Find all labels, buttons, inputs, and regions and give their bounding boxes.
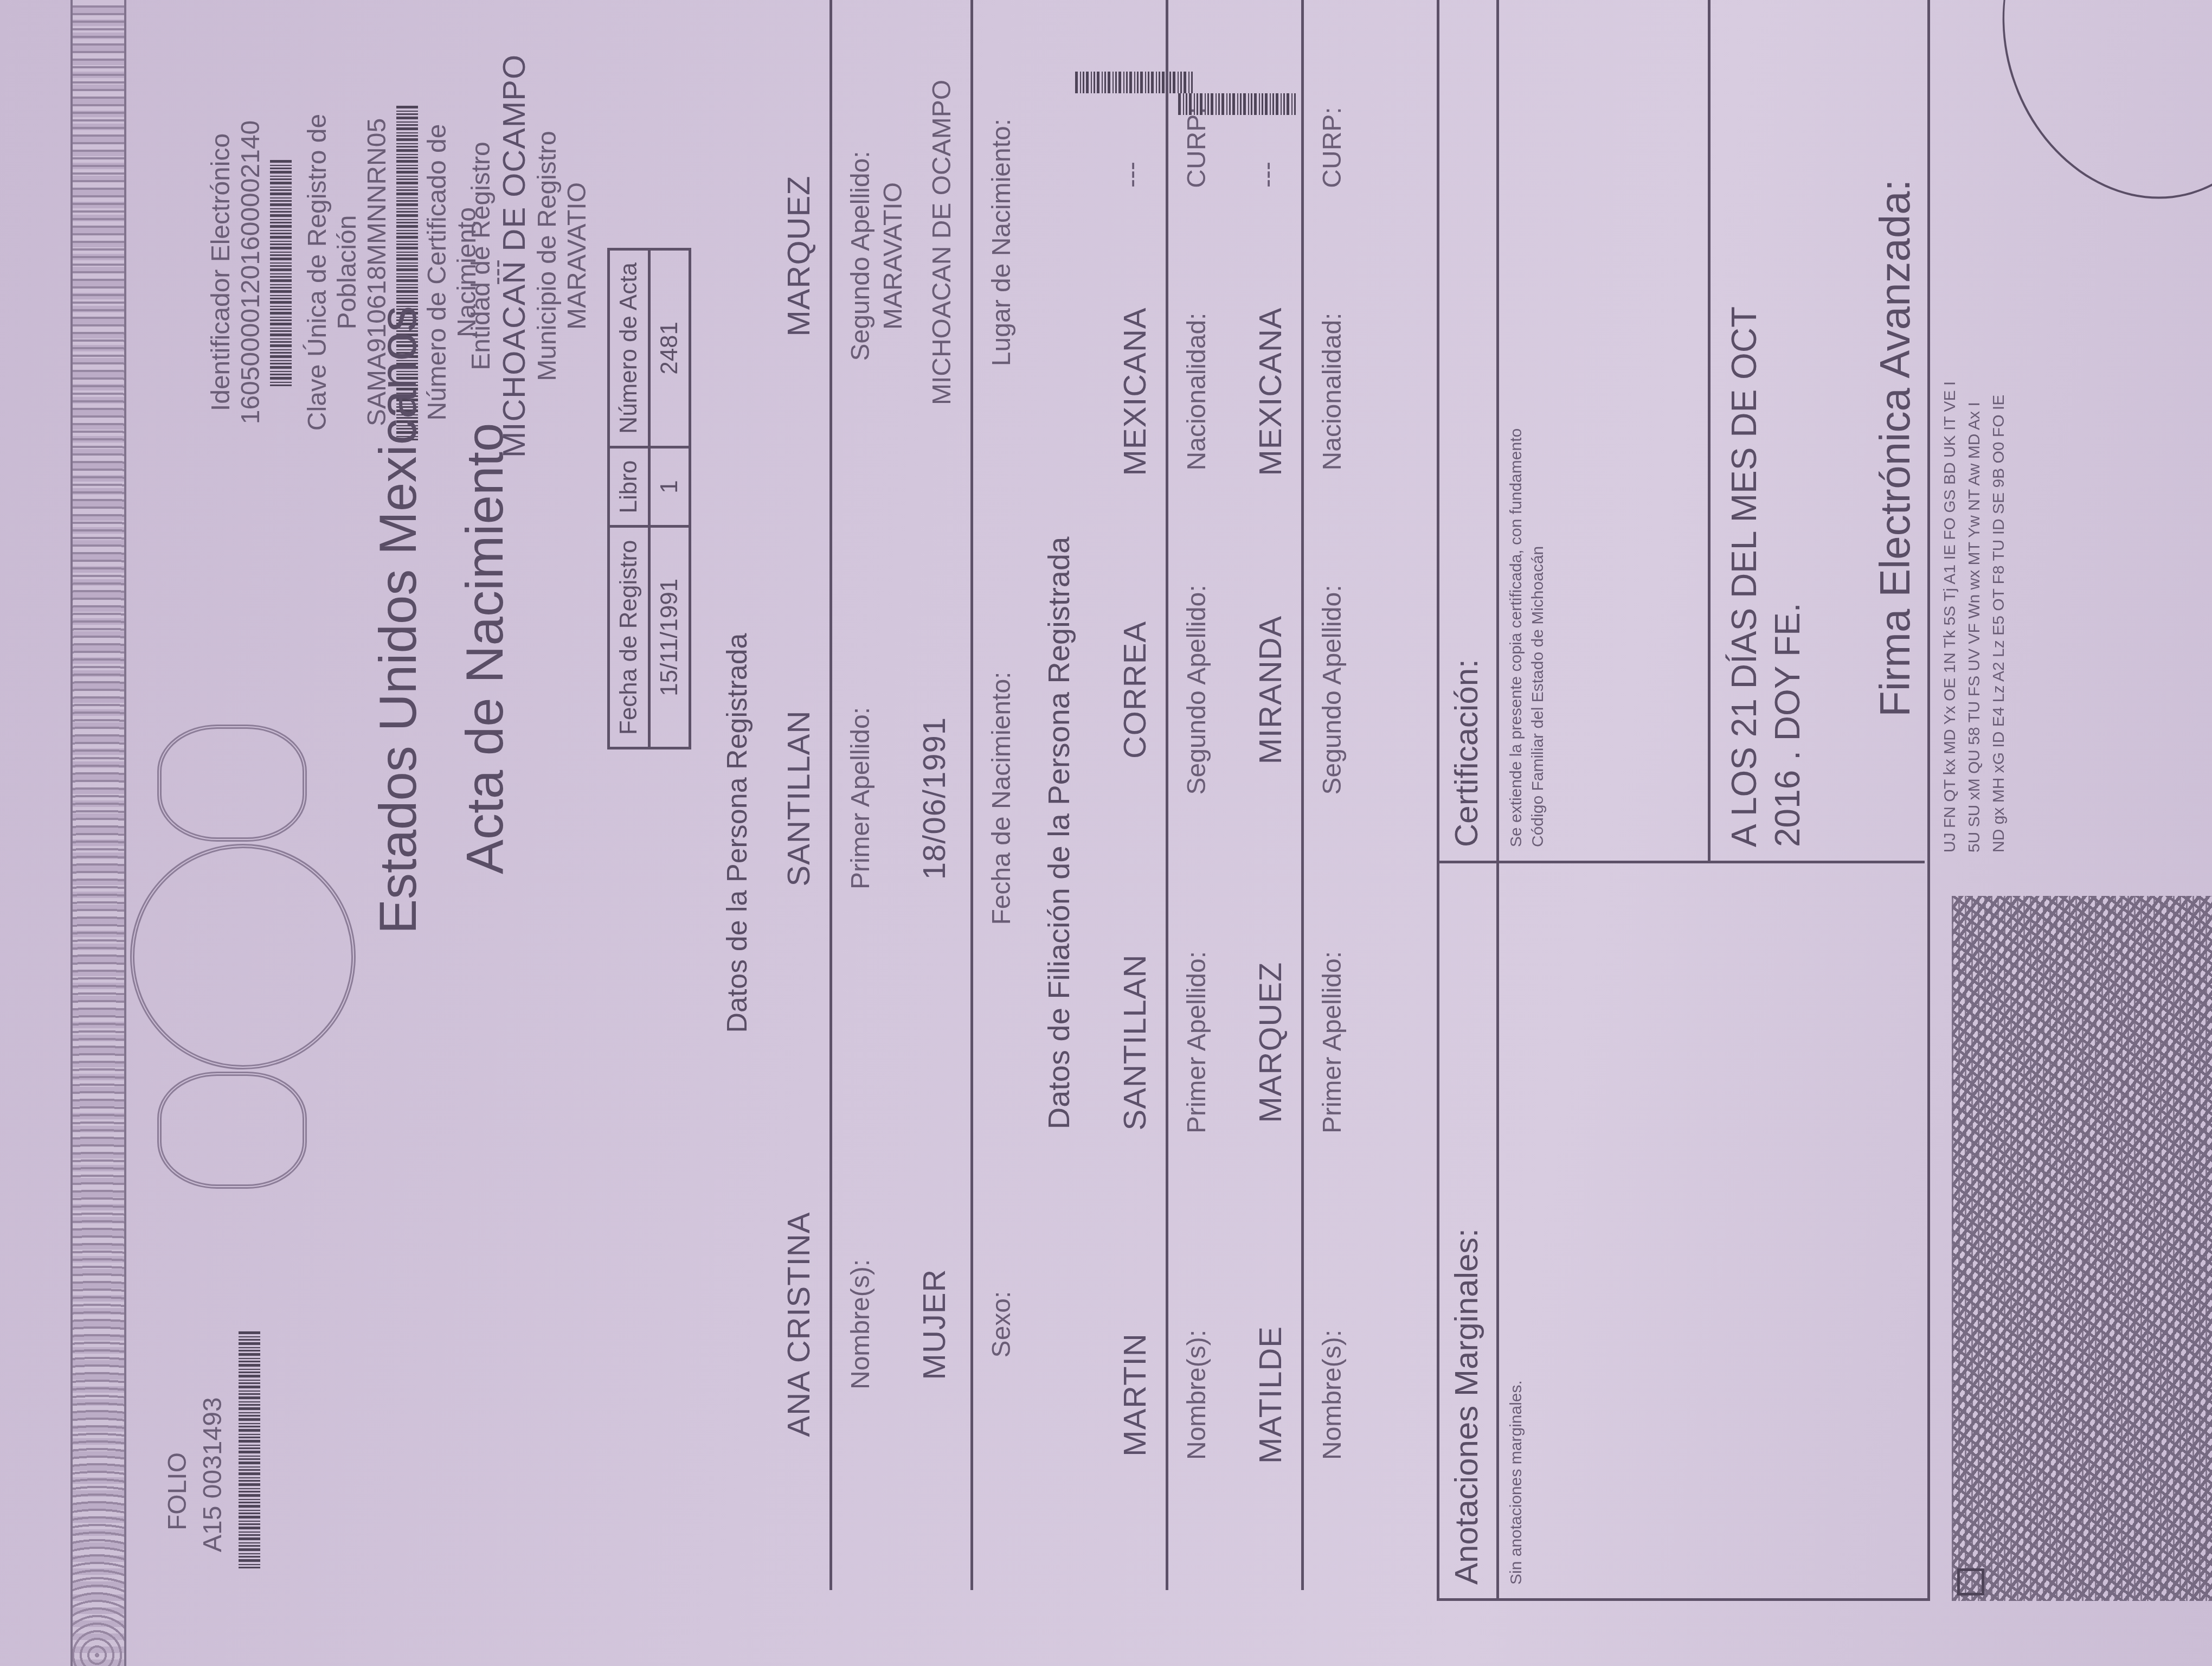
padre2-barcode xyxy=(1176,93,1296,115)
padre1-nombre-label: Nombre(s): xyxy=(1182,1205,1212,1585)
persona-sexo-label: Sexo: xyxy=(987,1080,1017,1568)
padre1-nombre-value: MARTIN xyxy=(1117,1205,1153,1585)
folio-barcode xyxy=(239,1330,260,1568)
divider xyxy=(829,0,832,1590)
table-header-numero: Número de Acta xyxy=(609,249,650,447)
curp-label: Clave Única de Registro de Población xyxy=(303,55,362,489)
padre2-primer-apellido-value: MARQUEZ xyxy=(1252,853,1289,1232)
country-title: Estados Unidos Mexicanos xyxy=(369,306,428,934)
certificacion-date-2: 2016 . DOY FE. xyxy=(1767,603,1808,847)
persona-nombre-value: ANA CRISTINA xyxy=(781,1080,817,1568)
padre2-nombre-value: MATILDE xyxy=(1252,1205,1289,1585)
padre1-segundo-apellido-label: Segundo Apellido: xyxy=(1182,500,1212,880)
padre1-curp-label: CURP: xyxy=(1182,66,1212,229)
municipio-value: MARAVATIO xyxy=(562,39,592,473)
persona-segundo-apellido-value: MARQUEZ xyxy=(781,12,817,500)
padre2-primer-apellido-label: Primer Apellido: xyxy=(1317,853,1347,1232)
registro-table: Fecha de Registro Libro Número de Acta 1… xyxy=(607,248,691,749)
table-header-libro: Libro xyxy=(609,447,650,527)
persona-section-title: Datos de la Persona Registrada xyxy=(721,0,754,1666)
persona-fecha-nac-label: Fecha de Nacimiento: xyxy=(987,554,1017,1042)
persona-sexo-value: MUJER xyxy=(916,1080,953,1568)
photo-background: FOLIO A15 0031493 Identificador Electrón… xyxy=(0,0,2212,1666)
padre1-nacionalidad-value: MEXICANA xyxy=(1117,229,1153,554)
divider xyxy=(1166,0,1168,1590)
entidad-label: Entidad de Registro xyxy=(466,39,496,473)
persona-lugar-nac-state: MICHOACAN DE OCAMPO xyxy=(927,0,957,500)
padre1-curp-value: --- xyxy=(1117,120,1147,229)
persona-primer-apellido-value: SANTILLAN xyxy=(781,554,817,1042)
persona-primer-apellido-label: Primer Apellido: xyxy=(846,554,876,1042)
certificacion-text-2: Código Familiar del Estado de Michoacán xyxy=(1529,546,1547,847)
persona-lugar-nac-value: MARAVATIO xyxy=(878,12,908,500)
table-cell-numero: 2481 xyxy=(650,249,690,447)
padre2-segundo-apellido-label: Segundo Apellido: xyxy=(1317,500,1347,880)
filiacion-section-title: Datos de Filiación de la Persona Registr… xyxy=(1041,0,1076,1666)
column-divider xyxy=(1437,861,1925,863)
persona-segundo-apellido-label: Segundo Apellido: xyxy=(846,12,876,500)
qr-corner-marker xyxy=(1957,1568,1984,1595)
firma-line-3: ND gx MH xG ID E4 Lz A2 Lz E5 OT F8 TU I… xyxy=(1990,395,2008,853)
folio-label: FOLIO xyxy=(163,1452,192,1530)
municipio-label: Municipio de Registro xyxy=(532,39,562,473)
divider xyxy=(970,0,973,1590)
qr-code xyxy=(1952,896,2212,1601)
birth-certificate-document: FOLIO A15 0031493 Identificador Electrón… xyxy=(0,0,2212,1666)
folio-value: A15 0031493 xyxy=(198,1397,228,1552)
table-header-fecha: Fecha de Registro xyxy=(609,527,650,748)
certificacion-title: Certificación: xyxy=(1448,659,1485,847)
decorative-border xyxy=(70,0,126,1666)
padre1-primer-apellido-value: SANTILLAN xyxy=(1117,853,1153,1232)
identificador-label: Identificador Electrónico xyxy=(206,55,236,489)
padre2-segundo-apellido-value: MIRANDA xyxy=(1252,500,1289,880)
entidad-value: MICHOACAN DE OCAMPO xyxy=(496,39,532,473)
document-title: Acta de Nacimiento xyxy=(455,423,515,874)
ornament-left-icon xyxy=(157,1072,307,1189)
anotaciones-title: Anotaciones Marginales: xyxy=(1448,1228,1485,1585)
firma-line-2: 5U SU xM QU 58 TU FS UV VF Wn wx MT Yw N… xyxy=(1965,402,1984,853)
persona-lugar-nac-label: Lugar de Nacimiento: xyxy=(987,0,1017,500)
persona-fecha-nac-value: 18/06/1991 xyxy=(916,554,953,1042)
anotaciones-text: Sin anotaciones marginales. xyxy=(1507,1380,1526,1585)
padre1-segundo-apellido-value: CORREA xyxy=(1117,500,1153,880)
persona-nombre-label: Nombre(s): xyxy=(846,1080,876,1568)
table-cell-libro: 1 xyxy=(650,447,690,527)
certificacion-date-1: A LOS 21 DÍAS DEL MES DE OCT xyxy=(1724,306,1764,847)
padre1-nacionalidad-label: Nacionalidad: xyxy=(1182,229,1212,554)
divider xyxy=(1708,0,1711,863)
padre2-curp-value: --- xyxy=(1252,120,1282,229)
table-cell-fecha: 15/11/1991 xyxy=(650,527,690,748)
padre1-primer-apellido-label: Primer Apellido: xyxy=(1182,853,1212,1232)
padre2-curp-label: CURP: xyxy=(1317,66,1347,229)
identificador-barcode xyxy=(270,158,292,386)
firma-line-1: UJ FN QT kx MD Yx OE 1N Tk 5S Tj A1 IE F… xyxy=(1941,381,1959,853)
ornament-right-icon xyxy=(157,725,307,842)
padre1-barcode xyxy=(1073,72,1193,93)
firma-title: Firma Electrónica Avanzada: xyxy=(1870,180,1920,717)
divider xyxy=(1496,0,1499,863)
padre2-nacionalidad-label: Nacionalidad: xyxy=(1317,229,1347,554)
identificador-value: 160500001201600002140 xyxy=(236,55,266,489)
certificacion-text-1: Se extiende la presente copia certificad… xyxy=(1507,428,1526,847)
padre2-nacionalidad-value: MEXICANA xyxy=(1252,229,1289,554)
divider xyxy=(1301,0,1304,1590)
coat-of-arms-icon xyxy=(130,844,356,1069)
padre2-nombre-label: Nombre(s): xyxy=(1317,1205,1347,1585)
handwritten-signature xyxy=(1958,0,2212,239)
